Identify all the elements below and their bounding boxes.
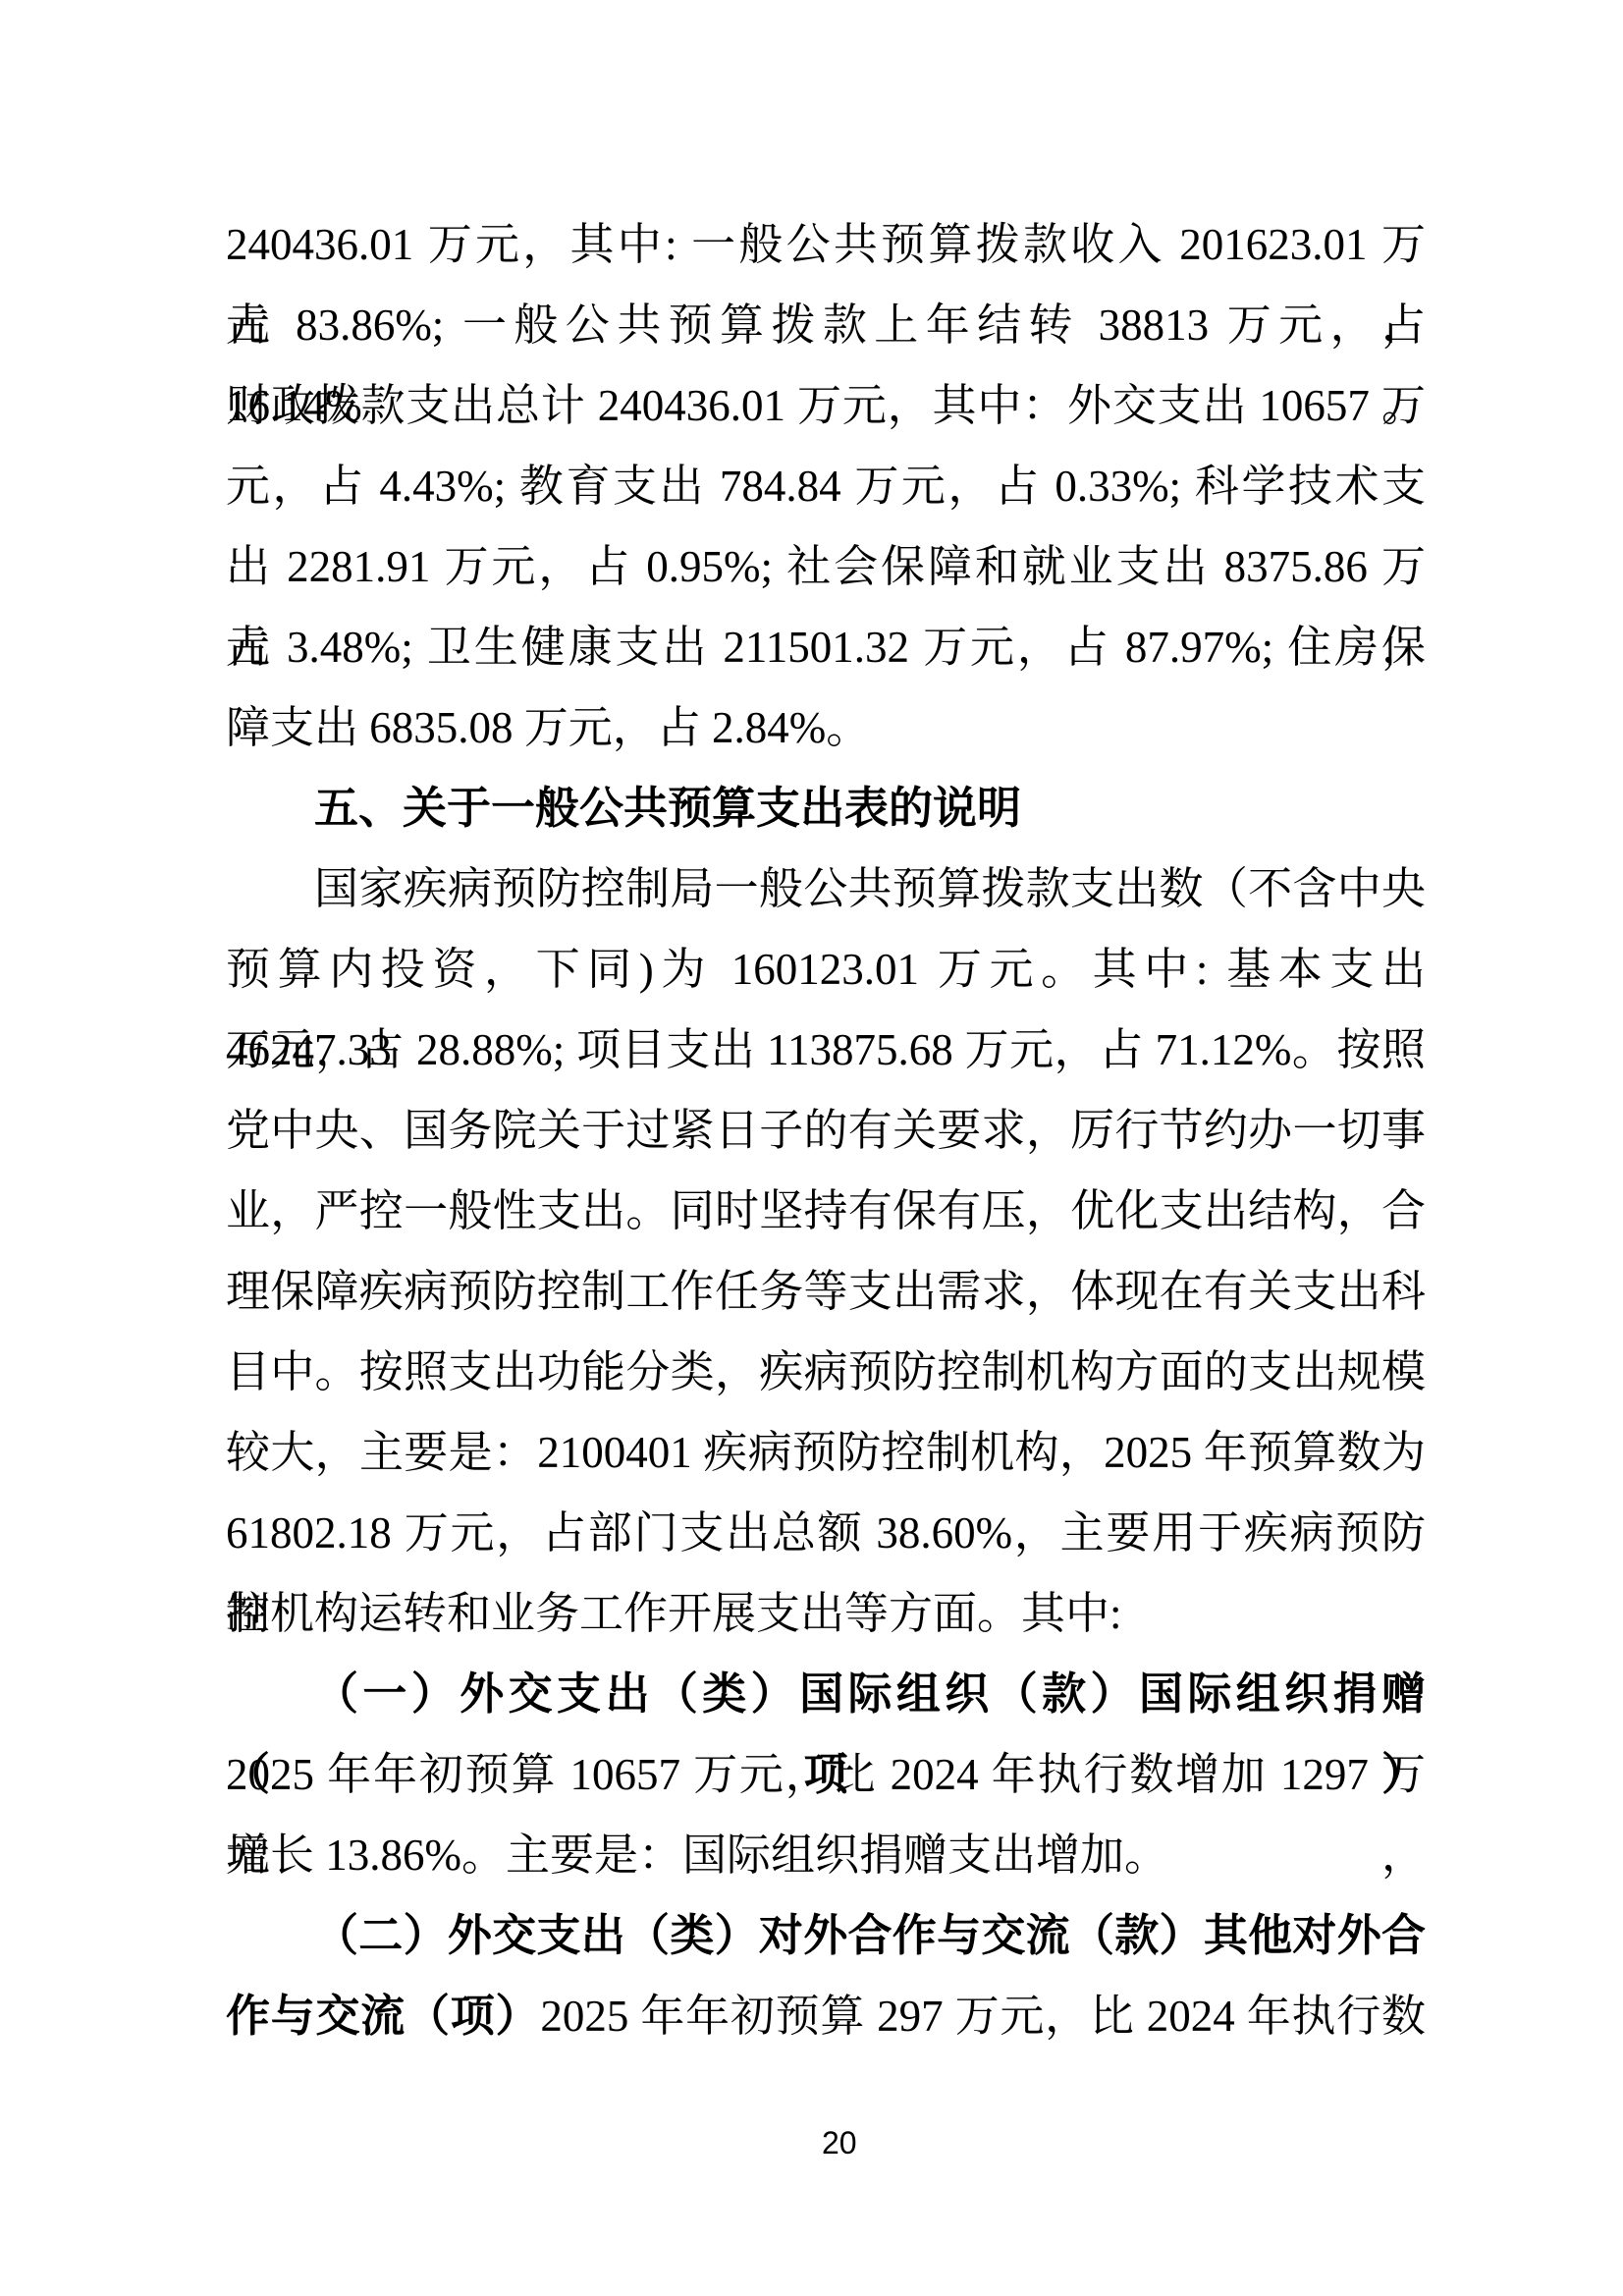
text-line: 占 3.48%; 卫生健康支出 211501.32 万元，占 87.97%; 住… bbox=[226, 607, 1426, 687]
text-line: 障支出 6835.08 万元，占 2.84%。 bbox=[226, 687, 1426, 768]
text-line: 占 83.86%; 一般公共预算拨款上年结转 38813 万元，占 16.14%… bbox=[226, 285, 1426, 365]
text-line: 240436.01 万元，其中: 一般公共预算拨款收入 201623.01 万元… bbox=[226, 204, 1426, 285]
text-line: 作与交流（项）2025 年年初预算 297 万元，比 2024 年执行数 bbox=[226, 1976, 1426, 2056]
subsection-heading: （二）外交支出（类）对外合作与交流（款）其他对外合 bbox=[226, 1895, 1426, 1976]
text-block: 240436.01 万元，其中: 一般公共预算拨款收入 201623.01 万元… bbox=[226, 204, 1426, 2056]
page-number: 20 bbox=[822, 2125, 857, 2160]
text-line: 目中。按照支出功能分类，疾病预防控制机构方面的支出规模 bbox=[226, 1332, 1426, 1412]
text-line: 业，严控一般性支出。同时坚持有保有压，优化支出结构，合 bbox=[226, 1171, 1426, 1251]
document-page: 240436.01 万元，其中: 一般公共预算拨款收入 201623.01 万元… bbox=[0, 0, 1623, 2296]
text-line: 元，占 4.43%; 教育支出 784.84 万元，占 0.33%; 科学技术支 bbox=[226, 446, 1426, 526]
subsection-heading-continuation: 作与交流（项） bbox=[226, 1992, 540, 2041]
text-line: 61802.18 万元，占部门支出总额 38.60%，主要用于疾病预防控 bbox=[226, 1493, 1426, 1573]
text-line: 预算内投资，下同)为 160123.01 万元。其中: 基本支出 46247.3… bbox=[226, 929, 1426, 1010]
text-line: 万元，占 28.88%; 项目支出 113875.68 万元，占 71.12%。… bbox=[226, 1010, 1426, 1090]
text-line: 2025 年年初预算 10657 万元，比 2024 年执行数增加 1297 万… bbox=[226, 1734, 1426, 1815]
text-line: 国家疾病预防控制局一般公共预算拨款支出数（不含中央 bbox=[226, 848, 1426, 929]
section-heading: 五、关于一般公共预算支出表的说明 bbox=[226, 768, 1426, 848]
text-line: 财政拨款支出总计 240436.01 万元，其中：外交支出 10657 万 bbox=[226, 365, 1426, 446]
subsection-heading: （一）外交支出（类）国际组织（款）国际组织捐赠（项） bbox=[226, 1654, 1426, 1734]
text-line: 出 2281.91 万元，占 0.95%; 社会保障和就业支出 8375.86 … bbox=[226, 526, 1426, 607]
text-line: 较大，主要是：2100401 疾病预防控制机构，2025 年预算数为 bbox=[226, 1412, 1426, 1493]
text-segment: 2025 年年初预算 297 万元，比 2024 年执行数 bbox=[540, 1992, 1426, 2041]
text-line: 理保障疾病预防控制工作任务等支出需求，体现在有关支出科 bbox=[226, 1251, 1426, 1332]
text-line: 制机构运转和业务工作开展支出等方面。其中: bbox=[226, 1573, 1426, 1654]
text-line: 党中央、国务院关于过紧日子的有关要求，厉行节约办一切事 bbox=[226, 1090, 1426, 1171]
